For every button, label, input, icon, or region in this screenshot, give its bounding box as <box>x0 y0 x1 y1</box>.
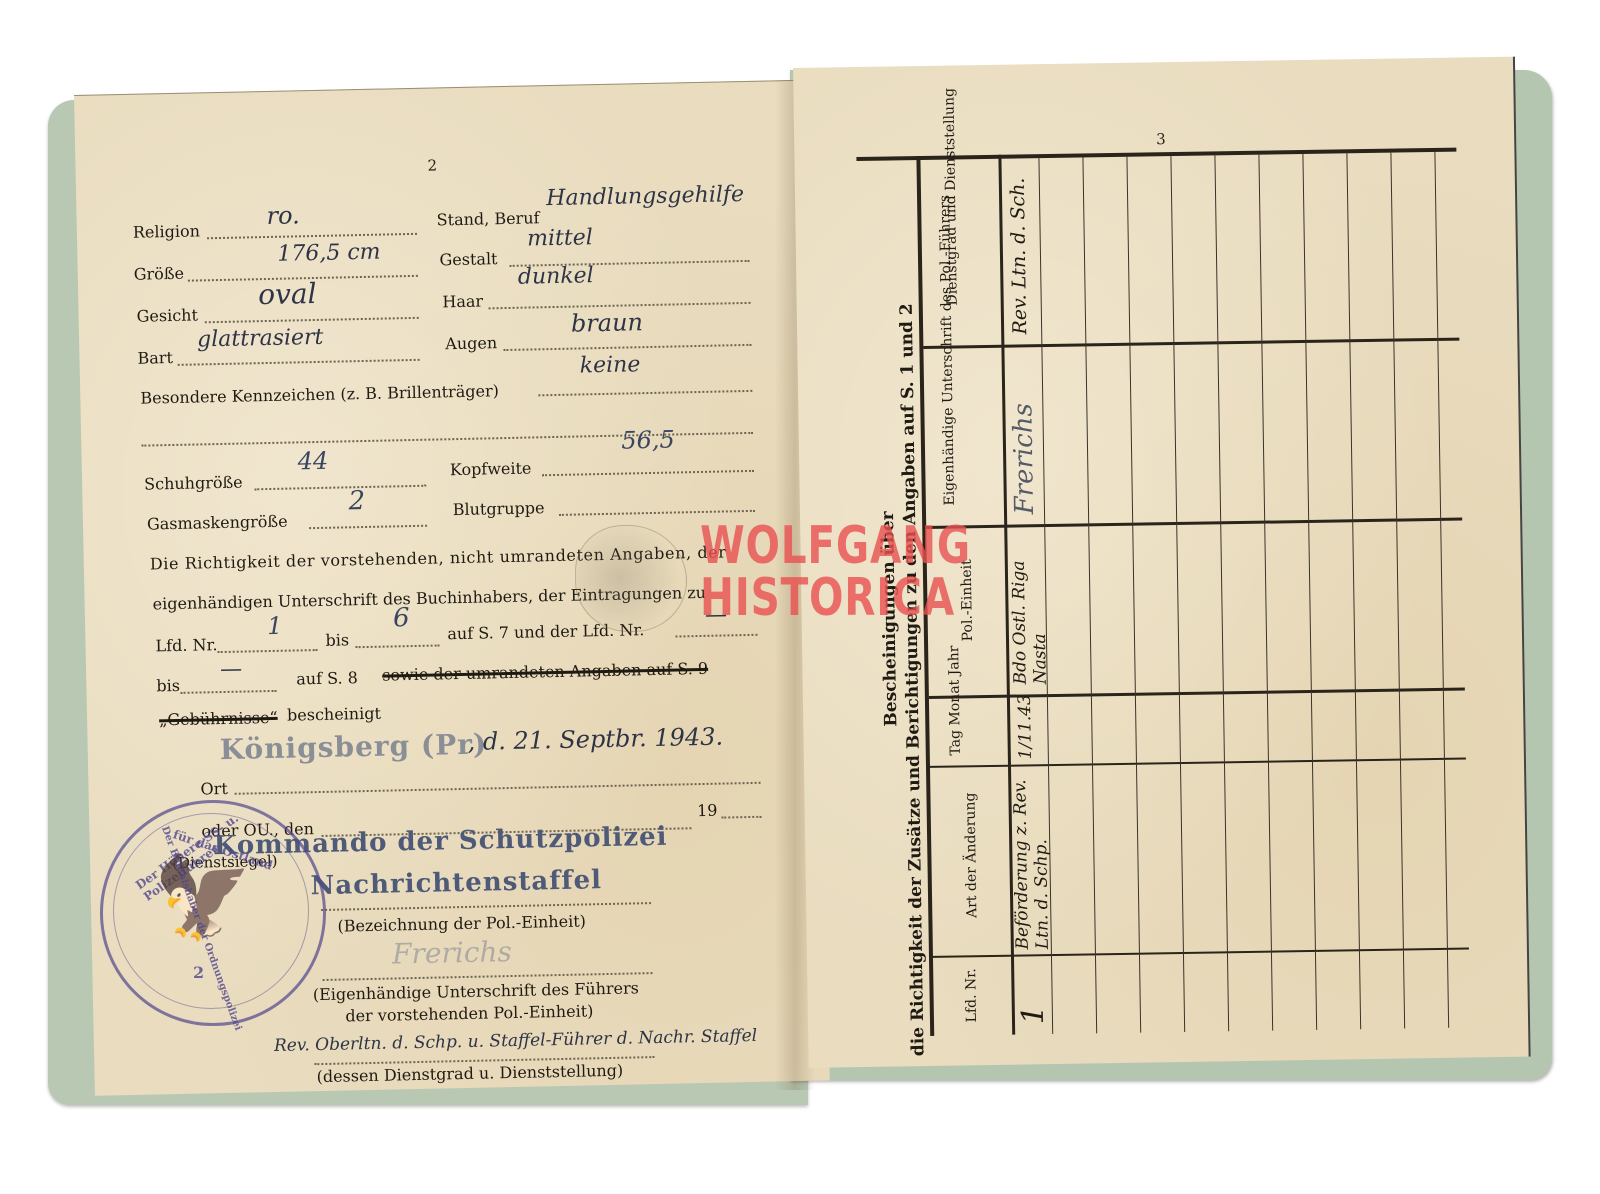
field-label-kennzeichen: Besondere Kennzeichen (z. B. Brillenträg… <box>140 381 499 408</box>
watermark: WOLFGANG HISTORICA <box>700 520 971 624</box>
bis2-value: — <box>220 657 243 682</box>
entry-1-lfd: 1 <box>1016 1005 1051 1025</box>
lfd-label: Lfd. Nr. <box>155 635 217 655</box>
field-value-kopfweite: 56,5 <box>621 425 675 454</box>
field-line <box>542 470 754 476</box>
struck-text-s9: sowie der umrandeten Angaben auf S. 9 <box>382 659 708 685</box>
field-value-haar: dunkel <box>518 263 594 290</box>
rank-value: Rev. Oberltn. d. Schp. u. Staffel-Führer… <box>274 1026 758 1056</box>
field-line <box>721 816 761 819</box>
field-line <box>254 485 426 491</box>
entry-1-dienstgrad: Rev. Ltn. d. Sch. <box>1007 177 1031 334</box>
field-label-beruf: Stand, Beruf <box>436 208 539 229</box>
entry-1-art: Beförderung z. Rev. Ltn. d. Schp. <box>1010 769 1053 950</box>
lfd-to-value: 6 <box>393 603 410 633</box>
watermark-line-1: WOLFGANG <box>700 520 971 572</box>
row-line <box>1258 155 1273 1031</box>
field-value-beruf: Handlungsgehilfe <box>546 182 744 211</box>
date-value: , d. 21. Septbr. 1943. <box>467 723 723 756</box>
field-value-augen: braun <box>571 308 644 338</box>
bis-label: bis <box>325 630 349 649</box>
row-line <box>1346 153 1361 1029</box>
col-header-lfd: Lfd. Nr. <box>963 965 980 1025</box>
row-line <box>1126 157 1141 1033</box>
row-line <box>1214 155 1229 1031</box>
field-label-gesicht: Gesicht <box>136 305 198 325</box>
row-line <box>1170 156 1185 1032</box>
field-value-groesse: 176,5 cm <box>277 240 381 267</box>
field-line <box>178 359 420 366</box>
field-label-haar: Haar <box>442 291 483 311</box>
lfd-from-value: 1 <box>267 612 283 640</box>
field-value-bart: glattrasiert <box>197 325 324 353</box>
wolf-head-icon <box>575 525 687 632</box>
place-stamp: Königsberg (Pr) <box>219 727 487 766</box>
entry-1-einheit: Bdo Ostl. Riga Nasta <box>1008 534 1050 685</box>
field-label-kopfweite: Kopfweite <box>450 459 532 480</box>
col-header-datum: Tag Monat Jahr <box>947 685 964 755</box>
s8-text: auf S. 8 <box>296 668 358 688</box>
field-label-gestalt: Gestalt <box>439 249 497 269</box>
field-label-augen: Augen <box>445 333 497 353</box>
signature-caption-1: (Eigenhändige Unterschrift des Führers <box>313 978 639 1004</box>
signature-caption-2: der vorstehenden Pol.-Einheit) <box>345 1001 593 1025</box>
field-value-kennzeichen: keine <box>580 352 641 378</box>
field-label-bart: Bart <box>137 348 173 368</box>
official-seal: Der Höhere SS- u. Polizeiführer für das … <box>100 800 326 1026</box>
field-line <box>503 344 751 351</box>
bis2-label: bis <box>156 676 180 695</box>
seal-number: 2 <box>193 963 204 982</box>
field-line <box>675 634 757 638</box>
field-line <box>538 390 752 396</box>
ort-label: Ort <box>200 779 228 799</box>
field-line <box>181 690 277 694</box>
col-header-art: Art der Änderung <box>962 765 981 945</box>
field-line <box>218 649 318 653</box>
field-value-schuhgroesse: 44 <box>297 447 328 476</box>
page-number: 2 <box>427 156 437 174</box>
struck-text-gebuehrnisse: „Gebührnisse“ <box>159 708 278 729</box>
row-line <box>1434 152 1449 1028</box>
unit-caption: (Bezeichnung der Pol.-Einheit) <box>337 911 586 935</box>
commander-signature: Frerichs <box>392 935 512 971</box>
row-line <box>1302 154 1317 1030</box>
page-number: 3 <box>1156 130 1166 148</box>
field-value-gestalt: mittel <box>527 225 593 251</box>
field-label-gasmaske: Gasmaskengröße <box>147 512 288 534</box>
col-header-unterschrift: Eigenhändige Unterschrift des Pol.-Führe… <box>939 345 958 505</box>
field-line <box>205 317 419 323</box>
watermark-line-2: HISTORICA <box>700 572 971 624</box>
field-line <box>235 782 761 795</box>
field-label-religion: Religion <box>133 221 200 241</box>
year-prefix: 19 <box>697 801 718 820</box>
field-line <box>356 644 440 648</box>
entry-1-signature: Frerichs <box>1008 403 1040 515</box>
row-line <box>1082 157 1097 1033</box>
field-label-blutgruppe: Blutgruppe <box>453 498 545 519</box>
unit-stamp-line-2: Nachrichtenstaffel <box>310 865 602 901</box>
field-value-religion: ro. <box>266 201 300 230</box>
field-label-groesse: Größe <box>134 264 185 284</box>
field-line <box>207 233 417 239</box>
field-value-gasmaske: 2 <box>348 486 365 516</box>
field-line <box>309 525 427 529</box>
field-value-gesicht: oval <box>258 277 317 311</box>
bescheinigt-label: bescheinigt <box>287 704 381 725</box>
entry-1-datum: 1/11.43 <box>1015 694 1036 760</box>
field-line <box>321 902 651 911</box>
field-label-schuhgroesse: Schuhgröße <box>144 473 243 494</box>
row-line <box>1390 153 1405 1029</box>
rank-caption: (dessen Dienstgrad u. Dienststellung) <box>316 1061 623 1086</box>
